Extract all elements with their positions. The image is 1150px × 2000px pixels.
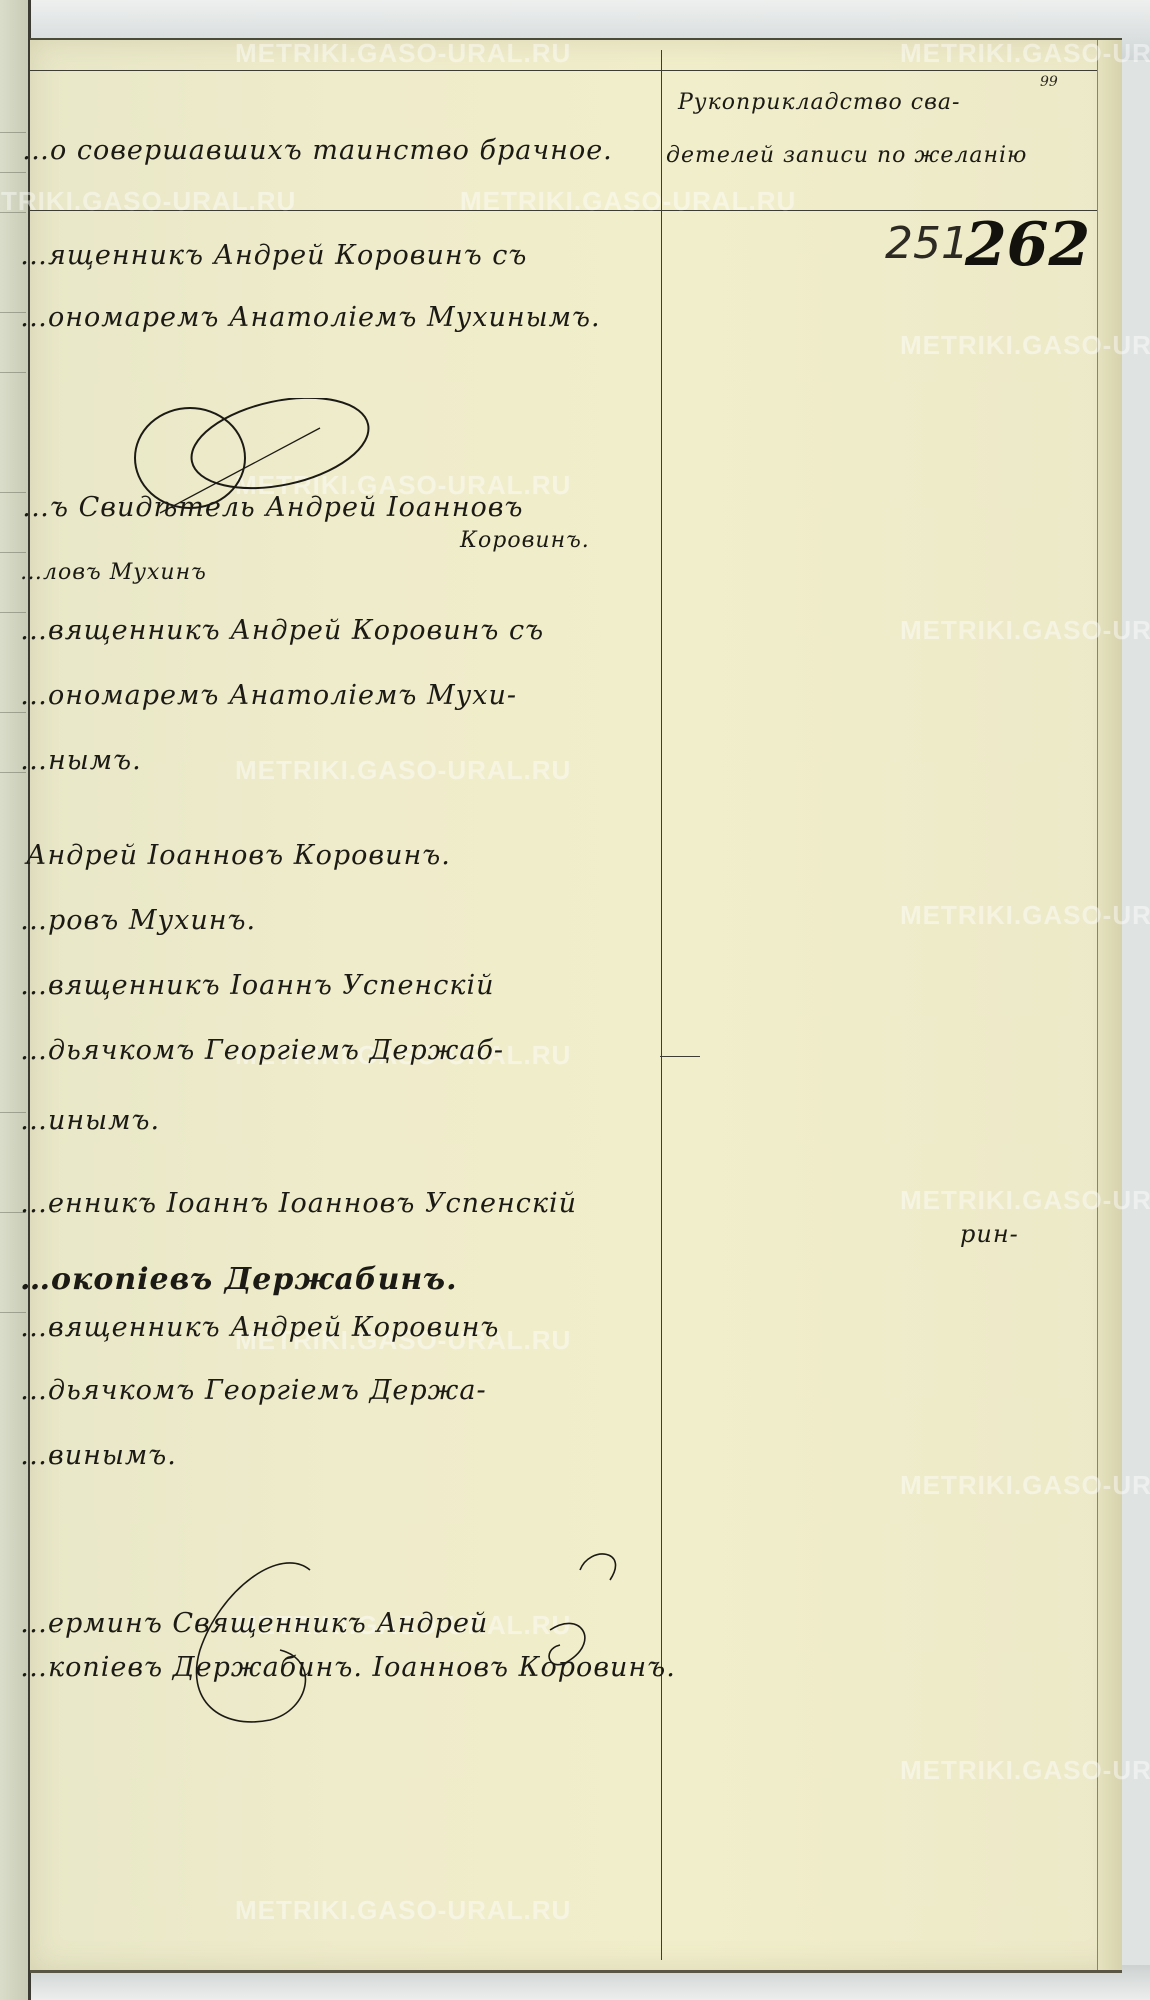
watermark: METRIKI.GASO-URAL.RU xyxy=(0,186,296,217)
entry-line: …ономаремъ Анатоліемъ Мухинымъ. xyxy=(20,302,601,333)
entry-line: …ященникъ Андрей Коровинъ съ xyxy=(20,240,527,271)
header-top-rule xyxy=(30,70,1098,71)
entry-line: …винымъ. xyxy=(20,1440,177,1471)
watermark: METRIKI.GASO-URAL.RU xyxy=(235,755,571,786)
signature-flourish xyxy=(120,398,380,558)
entry-line: …окопіевъ Держабинъ. xyxy=(20,1262,458,1297)
page-fore-edge xyxy=(1097,40,1122,1970)
right-column-note: рин- xyxy=(960,1220,1019,1248)
signature-flourish xyxy=(160,1550,360,1750)
watermark: METRIKI.GASO-URAL.RU xyxy=(235,38,571,69)
entry-line: …копіевъ Держабинъ. Іоанновъ Коровинъ. xyxy=(20,1652,676,1683)
folio-number: 99 xyxy=(1040,74,1058,90)
entry-line: …ерминъ Священникъ Андрей xyxy=(20,1608,488,1639)
entry-line: Коровинъ. xyxy=(460,528,590,553)
header-left-column: …о совершавшихъ таинство брачное. xyxy=(22,135,613,166)
entry-line: …дьячкомъ Георгіемъ Держаб- xyxy=(20,1035,504,1066)
entry-line: …нымъ. xyxy=(20,745,142,776)
entry-line: …енникъ Іоаннъ Іоанновъ Успенскій xyxy=(20,1188,577,1219)
entry-line: …вященникъ Андрей Коровинъ съ xyxy=(20,615,544,646)
entry-line: …вященникъ Андрей Коровинъ xyxy=(20,1312,499,1343)
entry-line: …дьячкомъ Георгіемъ Держа- xyxy=(20,1375,487,1406)
entry-line: …ловъ Мухинъ xyxy=(20,560,207,585)
watermark: METRIKI.GASO-URAL.RU xyxy=(460,186,796,217)
register-number-new: 262 xyxy=(965,210,1090,280)
entry-line: …вященникъ Іоаннъ Успенскій xyxy=(20,970,494,1001)
entry-line: …ровъ Мухинъ. xyxy=(20,905,256,936)
entry-line: …ономаремъ Анатоліемъ Мухи- xyxy=(20,680,517,711)
entry-line: …ъ Свидѣтель Андрей Іоанновъ xyxy=(22,492,523,523)
header-right-line-2: детелей записи по желанію xyxy=(666,143,1027,168)
register-number-old: 251 xyxy=(885,218,969,269)
entry-line: …инымъ. xyxy=(20,1105,160,1136)
hyphen-stroke xyxy=(660,1056,700,1057)
register-page: METRIKI.GASO-URAL.RU METRIKI.GASO-URAL.R… xyxy=(30,38,1122,1973)
entry-line: Андрей Іоанновъ Коровинъ. xyxy=(26,840,451,871)
header-bottom-rule xyxy=(30,210,1098,211)
header-right-line-1: Рукоприкладство сва- xyxy=(678,90,960,115)
watermark: METRIKI.GASO-URAL.RU xyxy=(235,1895,571,1926)
